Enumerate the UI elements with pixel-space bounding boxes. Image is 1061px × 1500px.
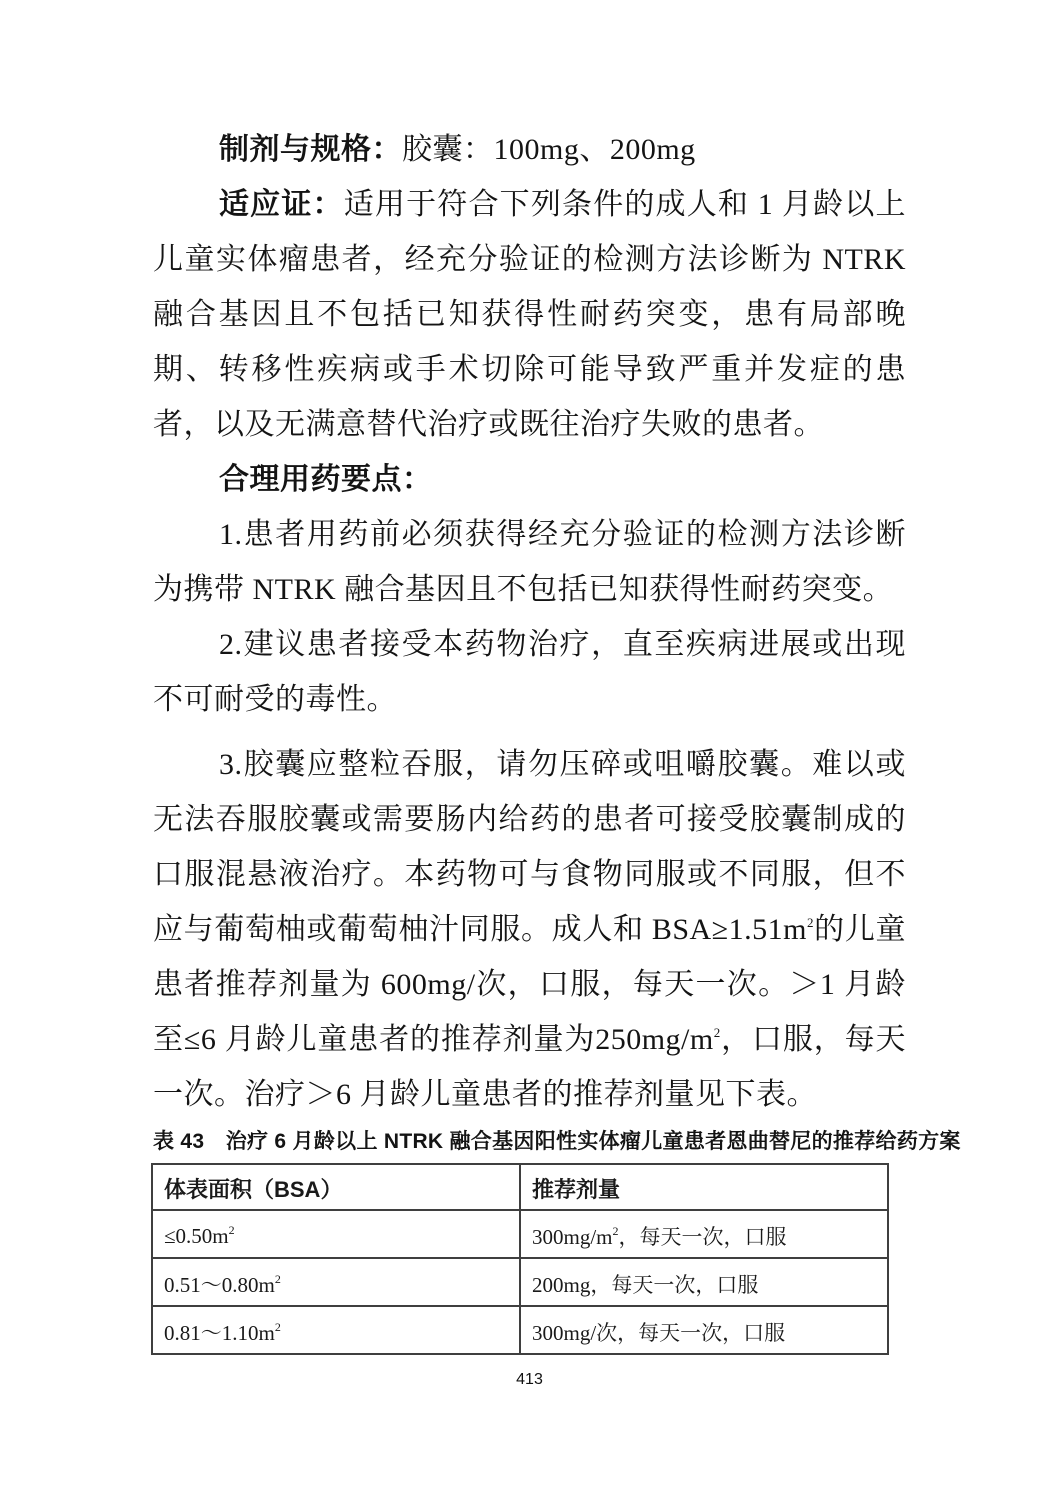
table-row: ≤0.50m2300mg/m2，每天一次，口服 xyxy=(152,1210,888,1258)
bsa-cell: 0.81～1.10m2 xyxy=(152,1306,520,1354)
paragraph-point-2: 2.建议患者接受本药物治疗，直至疾病进展或出现不可耐受的毒性。 xyxy=(153,617,906,727)
table-header-row: 体表面积（BSA）推荐剂量 xyxy=(152,1164,888,1210)
dosage-table: 体表面积（BSA）推荐剂量 ≤0.50m2300mg/m2，每天一次，口服0.5… xyxy=(151,1163,889,1355)
paragraph-point-3: 3.胶囊应整粒吞服，请勿压碎或咀嚼胶囊。难以或无法吞服胶囊或需要肠内给药的患者可… xyxy=(153,737,906,1122)
dose-cell: 300mg/次，每天一次，口服 xyxy=(520,1306,888,1354)
paragraph-key-points-heading: 合理用药要点： xyxy=(153,452,906,507)
table-row: 0.51～0.80m2200mg，每天一次，口服 xyxy=(152,1258,888,1306)
paragraph-preparation-spec: 制剂与规格：胶囊：100mg、200mg xyxy=(153,122,906,177)
bsa-cell: ≤0.50m2 xyxy=(152,1210,520,1258)
document-page: 制剂与规格：胶囊：100mg、200mg适应证：适用于符合下列条件的成人和 1 … xyxy=(0,0,1061,1500)
content-area: 制剂与规格：胶囊：100mg、200mg适应证：适用于符合下列条件的成人和 1 … xyxy=(0,0,1061,1389)
bsa-cell: 0.51～0.80m2 xyxy=(152,1258,520,1306)
body-text: 制剂与规格：胶囊：100mg、200mg适应证：适用于符合下列条件的成人和 1 … xyxy=(153,122,906,1122)
dose-cell: 200mg，每天一次，口服 xyxy=(520,1258,888,1306)
paragraph-point-1: 1.患者用药前必须获得经充分验证的检测方法诊断为携带 NTRK 融合基因且不包括… xyxy=(153,507,906,617)
column-header-dose: 推荐剂量 xyxy=(520,1164,888,1210)
page-number: 413 xyxy=(153,1371,906,1389)
column-header-bsa: 体表面积（BSA） xyxy=(152,1164,520,1210)
table-row: 0.81～1.10m2300mg/次，每天一次，口服 xyxy=(152,1306,888,1354)
dose-cell: 300mg/m2，每天一次，口服 xyxy=(520,1210,888,1258)
dosage-table-body: ≤0.50m2300mg/m2，每天一次，口服0.51～0.80m2200mg，… xyxy=(152,1210,888,1354)
paragraph-indications: 适应证：适用于符合下列条件的成人和 1 月龄以上儿童实体瘤患者，经充分验证的检测… xyxy=(153,177,906,452)
table-caption: 表 43 治疗 6 月龄以上 NTRK 融合基因阳性实体瘤儿童患者恩曲替尼的推荐… xyxy=(153,1128,906,1156)
dosage-table-header: 体表面积（BSA）推荐剂量 xyxy=(152,1164,888,1210)
